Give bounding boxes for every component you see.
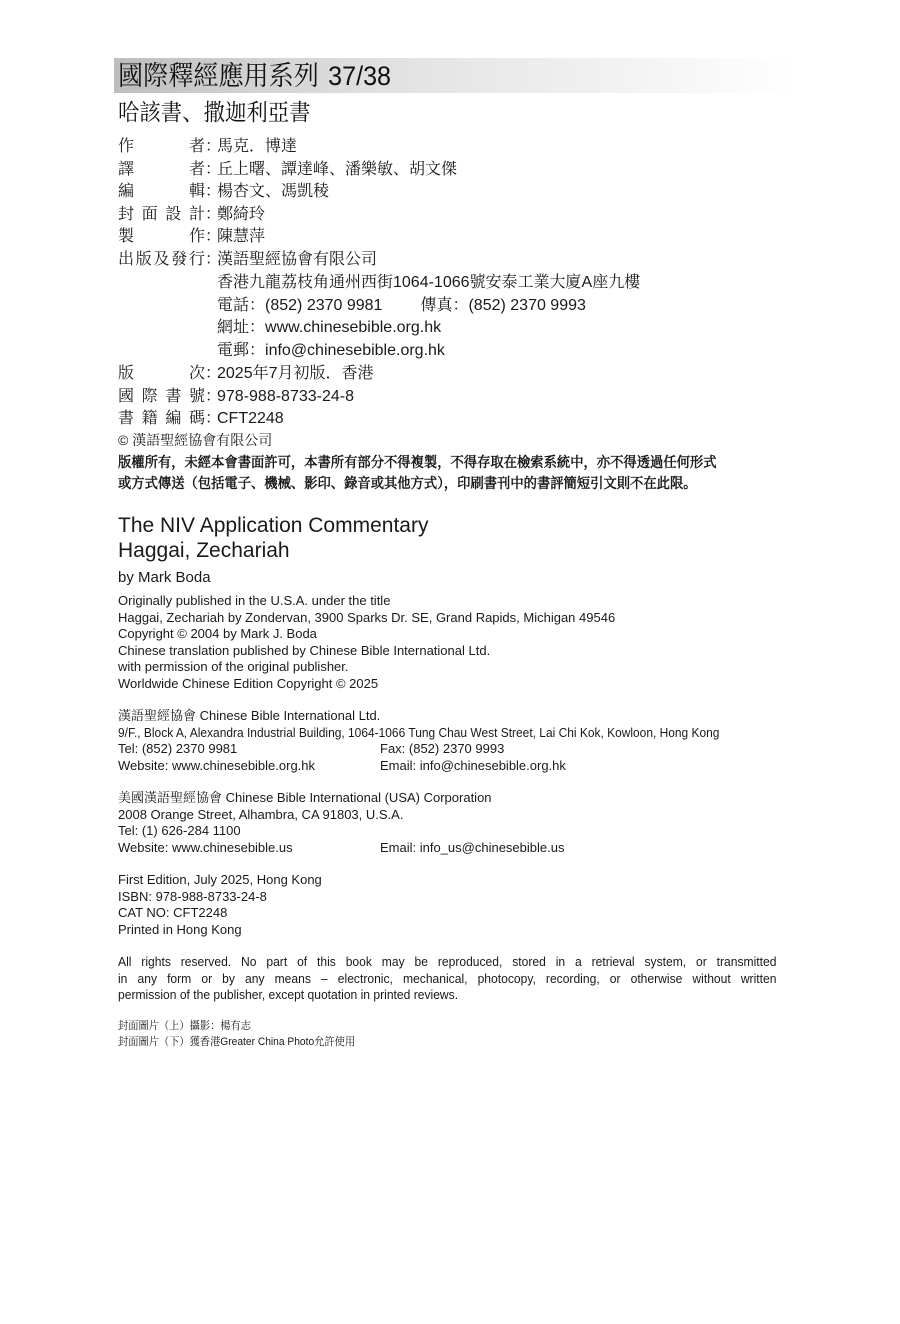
credit-value: 978-988-8733-24-8: [217, 386, 354, 408]
us-office-email[interactable]: Email: info_us@chinesebible.us: [380, 840, 564, 857]
fax-number: (852) 2370 9993: [468, 297, 585, 314]
publisher-email-cn: 電郵：info@chinesebible.org.hk: [217, 340, 445, 362]
credit-row-cover-design: 封 面 設 計 ： 鄭綺玲: [118, 204, 265, 226]
hk-office-name: 漢語聖經協會 Chinese Bible International Ltd.: [118, 708, 772, 725]
english-author: by Mark Boda: [118, 568, 211, 587]
credit-row-translators: 譯 者 ： 丘上曙、譚達峰、潘樂敏、胡文傑: [118, 159, 457, 181]
us-office-name: 美國漢語聖經協會 Chinese Bible International (US…: [118, 790, 492, 807]
credit-value: 楊杏文、馮凱稜: [217, 181, 329, 203]
credit-value: 馬克．博達: [217, 136, 297, 158]
hk-office-email[interactable]: Email: info@chinesebible.org.hk: [380, 758, 566, 775]
photo-credit-top: 封面圖片（上）攝影：楊有志: [118, 1018, 355, 1034]
series-number: 37/38: [328, 61, 391, 91]
hk-office-tel: Tel: (852) 2370 9981: [118, 741, 237, 756]
credit-label: 製 作: [118, 226, 205, 248]
original-publication-info: Originally published in the U.S.A. under…: [118, 593, 615, 692]
us-office-address: 2008 Orange Street, Alhambra, CA 91803, …: [118, 807, 492, 824]
us-office-website[interactable]: Website: www.chinesebible.us: [118, 840, 293, 855]
english-series-title: The NIV Application Commentary: [118, 513, 428, 538]
credit-label: 版 次: [118, 363, 205, 385]
book-title-cn: 哈該書、撒迦利亞書: [118, 97, 311, 127]
credit-label: 譯 者: [118, 159, 205, 181]
credit-row-editors: 編 輯 ： 楊杏文、馮凱稜: [118, 181, 329, 203]
edition-row-isbn: 國 際 書 號 ： 978-988-8733-24-8: [118, 386, 354, 408]
credit-label: 作 者: [118, 136, 205, 158]
credit-row-publisher: 出 版 及 發 行 ： 漢語聖經協會有限公司: [118, 249, 377, 271]
us-office-tel: Tel: (1) 626-284 1100: [118, 823, 492, 840]
edition-row-catalog: 書 籍 編 碼 ： CFT2248: [118, 408, 284, 430]
credit-row-production: 製 作 ： 陳慧萍: [118, 226, 265, 248]
rights-statement-cn: 版權所有，未經本會書面許可，本書所有部分不得複製，不得存取在檢索系統中，亦不得透…: [118, 452, 778, 494]
photo-credit-bottom: 封面圖片（下）獲香港Greater China Photo允許使用: [118, 1034, 355, 1050]
rights-line: 版權所有，未經本會書面許可，本書所有部分不得複製，不得存取在檢索系統中，亦不得透…: [118, 452, 745, 473]
us-office-info: 美國漢語聖經協會 Chinese Bible International (US…: [118, 790, 492, 856]
photo-credits: 封面圖片（上）攝影：楊有志 封面圖片（下）獲香港Greater China Ph…: [118, 1018, 373, 1050]
hk-office-info: 漢語聖經協會 Chinese Bible International Ltd. …: [118, 708, 772, 774]
credit-value: 漢語聖經協會有限公司: [217, 249, 377, 271]
edition-row-version: 版 次 ： 2025年7月初版．香港: [118, 363, 374, 385]
hk-office-website[interactable]: Website: www.chinesebible.org.hk: [118, 758, 315, 773]
credit-row-author: 作 者 ： 馬克．博達: [118, 136, 297, 158]
credit-label: 封 面 設 計: [118, 204, 205, 226]
series-title: 國際釋經應用系列37/38: [118, 59, 391, 93]
credit-label: 編 輯: [118, 181, 205, 203]
email-link[interactable]: info@chinesebible.org.hk: [265, 342, 445, 359]
copyright-page: 國際釋經應用系列37/38 哈該書、撒迦利亞書 作 者 ： 馬克．博達 譯 者 …: [0, 0, 900, 1324]
credit-label: 出 版 及 發 行: [118, 249, 205, 271]
credit-value: 鄭綺玲: [217, 204, 265, 226]
hk-office-fax: Fax: (852) 2370 9993: [380, 741, 504, 758]
series-name: 國際釋經應用系列: [118, 61, 319, 91]
credit-value: 2025年7月初版．香港: [217, 363, 374, 385]
credit-label: 國 際 書 號: [118, 386, 205, 408]
credit-value: CFT2248: [217, 408, 284, 430]
copyright-notice-cn: © 漢語聖經協會有限公司: [118, 430, 272, 450]
rights-line: 或方式傳送（包括電子、機械、影印、錄音或其他方式），印刷書刊中的書評簡短引文則不…: [118, 473, 745, 494]
hk-office-address: 9/F., Block A, Alexandra Industrial Buil…: [118, 725, 772, 742]
publisher-website-cn: 網址：www.chinesebible.org.hk: [217, 317, 441, 339]
phone-number: (852) 2370 9981: [265, 297, 382, 314]
credit-value: 丘上曙、譚達峰、潘樂敏、胡文傑: [217, 159, 457, 181]
rights-statement-en: All rights reserved. No part of this boo…: [118, 954, 776, 1004]
website-link[interactable]: www.chinesebible.org.hk: [265, 319, 441, 336]
english-title: The NIV Application Commentary Haggai, Z…: [118, 513, 428, 563]
publisher-phone-fax-cn: 電話：(852) 2370 9981傳真：(852) 2370 9993: [217, 295, 586, 317]
credit-label: 書 籍 編 碼: [118, 408, 205, 430]
edition-info-en: First Edition, July 2025, Hong Kong ISBN…: [118, 872, 322, 938]
english-book-title: Haggai, Zechariah: [118, 538, 428, 563]
credit-value: 陳慧萍: [217, 226, 265, 248]
publisher-address-cn: 香港九龍荔枝角通州西街1064-1066號安泰工業大廈A座九樓: [217, 272, 640, 294]
